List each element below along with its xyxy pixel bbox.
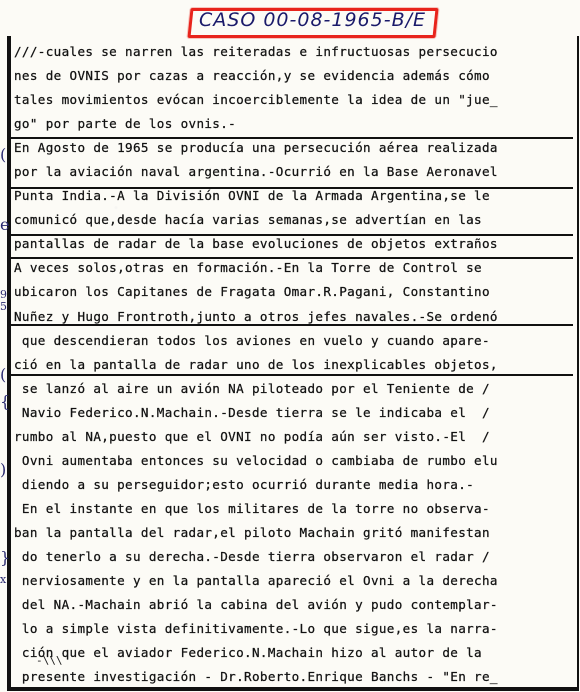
footer-scribble: -\\\ [36, 654, 63, 667]
text-line: lo a simple vista definitivamente.-Lo qu… [14, 617, 574, 641]
text-line: por la aviación naval argentina.-Ocurrió… [14, 160, 574, 184]
margin-annotation-mark: { [0, 392, 10, 411]
case-number-label: CASO 00-08-1965-B/E [199, 9, 426, 31]
text-line: ban la pantalla del radar,el piloto Mach… [14, 521, 574, 545]
margin-annotation-mark: ( [0, 145, 6, 164]
text-line: nes de OVNIS por cazas a reacción,y se e… [14, 64, 574, 88]
margin-annotation-mark: } [0, 548, 10, 567]
typewritten-body: ///-cuales se narren las reiteradas e in… [14, 40, 574, 689]
margin-annotation-mark: e [0, 215, 9, 234]
text-line: ubicaron los Capitanes de Fragata Omar.R… [14, 280, 574, 304]
text-line: ///-cuales se narren las reiteradas e in… [14, 40, 574, 64]
text-line: que descendieran todos los aviones en vu… [14, 329, 574, 353]
text-line: Nuñez y Hugo Frontroth,junto a otros jef… [14, 305, 574, 329]
document-page: CASO 00-08-1965-B/E ( e 9 5 ( { ) } x //… [0, 0, 580, 692]
margin-annotation-mark: ) [0, 460, 6, 479]
text-line: rumbo al NA,puesto que el OVNI no podía … [14, 425, 574, 449]
text-line: go" por parte de los ovnis.- [14, 112, 574, 136]
text-line: tales movimientos evócan incoerciblement… [14, 88, 574, 112]
text-line: Ovni aumentaba entonces su velocidad o c… [14, 449, 574, 473]
text-line: Navio Federico.N.Machain.-Desde tierra s… [14, 401, 574, 425]
text-line: comunicó que,desde hacía varias semanas,… [14, 208, 574, 232]
text-line: nerviosamente y en la pantalla apareció … [14, 569, 574, 593]
text-line: En el instante en que los militares de l… [14, 497, 574, 521]
text-line: A veces solos,otras en formación.-En la … [14, 256, 574, 280]
text-line: del NA.-Machain abrió la cabina del avió… [14, 593, 574, 617]
text-line: se lanzó al aire un avión NA piloteado p… [14, 377, 574, 401]
text-line: En Agosto de 1965 se producía una persec… [14, 136, 574, 160]
text-line: do tenerlo a su derecha.-Desde tierra ob… [14, 545, 574, 569]
text-line: ción que el aviador Federico.N.Machain h… [14, 641, 574, 665]
margin-annotation-mark: ( [0, 365, 6, 384]
text-line: ció en la pantalla de radar uno de los i… [14, 353, 574, 377]
text-line: pantallas de radar de la base evolucione… [14, 232, 574, 256]
text-line: presente investigación - Dr.Roberto.Enri… [14, 665, 574, 689]
text-line: diendo a su perseguidor;esto ocurrió dur… [14, 473, 574, 497]
margin-annotation-mark: 5 [0, 300, 7, 313]
margin-annotation-mark: x [0, 573, 6, 586]
text-line: Punta India.-A la División OVNI de la Ar… [14, 184, 574, 208]
